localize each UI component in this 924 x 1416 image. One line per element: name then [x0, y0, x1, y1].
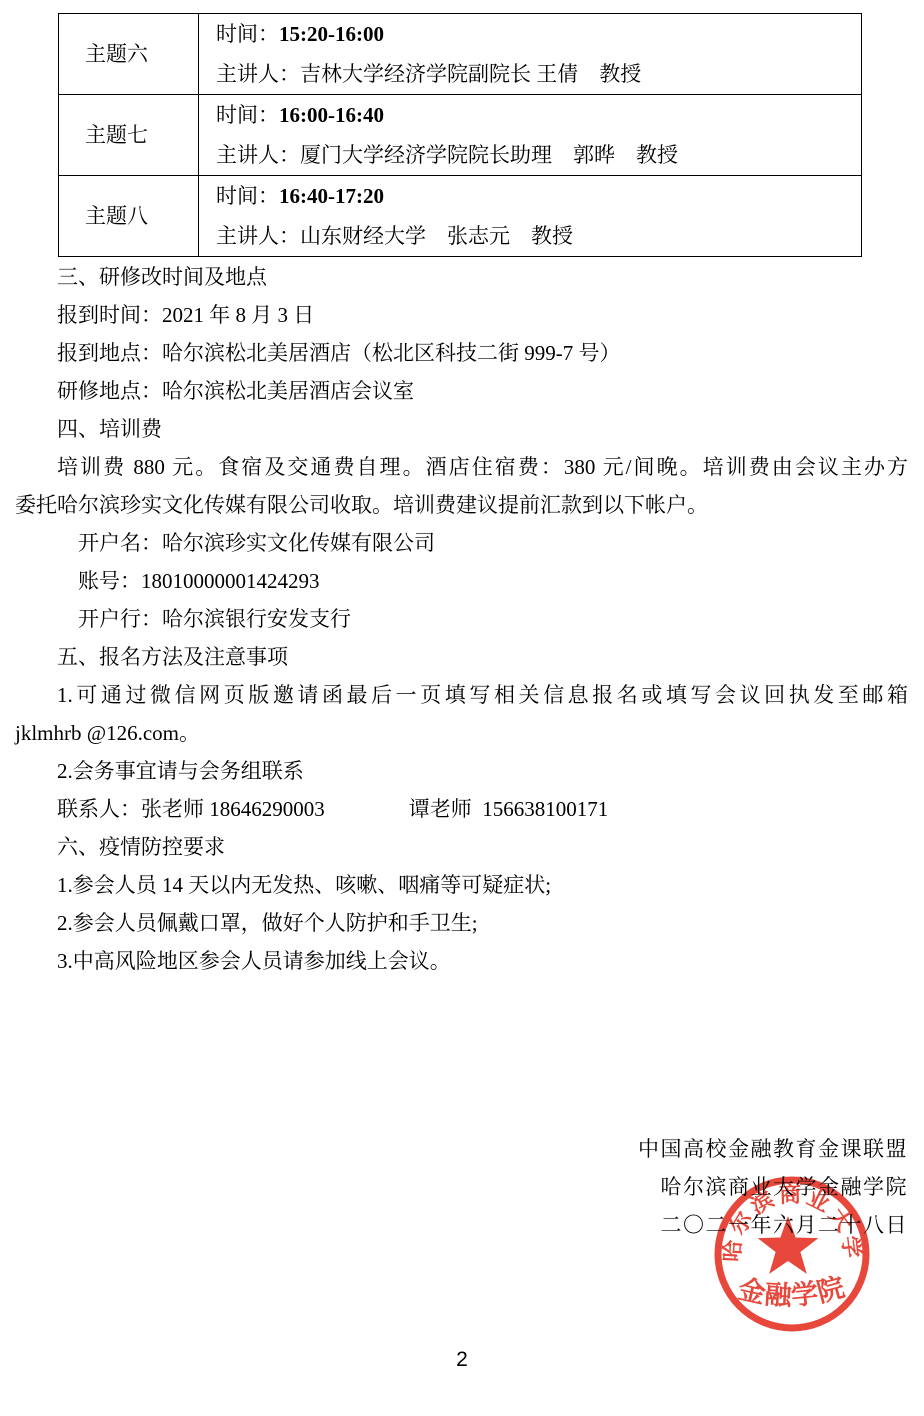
detail-cell: 时间：16:00-16:40 主讲人：厦门大学经济学院院长助理 郭晔 教授 — [199, 95, 862, 176]
covid-rule-1: 1.参会人员 14 天以内无发热、咳嗽、咽痛等可疑症状; — [15, 866, 908, 904]
signature-date: 二〇二一年六月二十八日 — [638, 1206, 908, 1244]
venue: 研修地点：哈尔滨松北美居酒店会议室 — [15, 372, 908, 410]
topic-cell: 主题七 — [59, 95, 199, 176]
table-row: 主题八 时间：16:40-17:20 主讲人：山东财经大学 张志元 教授 — [59, 176, 862, 257]
schedule-table: 主题六 时间：15:20-16:00 主讲人：吉林大学经济学院副院长 王倩 教授… — [58, 13, 862, 257]
account-name: 开户名：哈尔滨珍实文化传媒有限公司 — [15, 524, 908, 562]
topic-label: 主题七 — [85, 123, 148, 147]
session-speaker: 主讲人：山东财经大学 张志元 教授 — [216, 216, 861, 256]
fee-line2: 委托哈尔滨珍实文化传媒有限公司收取。培训费建议提前汇款到以下帐户。 — [15, 486, 908, 524]
section4-heading: 四、培训费 — [15, 410, 908, 448]
time-label: 时间： — [216, 103, 279, 127]
session-speaker: 主讲人：吉林大学经济学院副院长 王倩 教授 — [216, 54, 861, 94]
detail-cell: 时间：16:40-17:20 主讲人：山东财经大学 张志元 教授 — [199, 176, 862, 257]
document-body: 三、研修改时间及地点 报到时间：2021 年 8 月 3 日 报到地点：哈尔滨松… — [15, 258, 908, 980]
time-value: 16:40-17:20 — [279, 184, 384, 208]
detail-cell: 时间：15:20-16:00 主讲人：吉林大学经济学院副院长 王倩 教授 — [199, 14, 862, 95]
time-label: 时间： — [216, 22, 279, 46]
contact-note: 2.会务事宜请与会务组联系 — [15, 752, 908, 790]
topic-cell: 主题六 — [59, 14, 199, 95]
time-value: 16:00-16:40 — [279, 103, 384, 127]
bank-branch: 开户行：哈尔滨银行安发支行 — [15, 600, 908, 638]
table-row: 主题六 时间：15:20-16:00 主讲人：吉林大学经济学院副院长 王倩 教授 — [59, 14, 862, 95]
contact-persons: 联系人：张老师 18646290003 谭老师 156638100171 — [15, 790, 908, 828]
section5-heading: 五、报名方法及注意事项 — [15, 638, 908, 676]
seal-bottom-text: 金融学院 — [736, 1272, 849, 1311]
topic-label: 主题六 — [85, 42, 148, 66]
section3-heading: 三、研修改时间及地点 — [15, 258, 908, 296]
table-row: 主题七 时间：16:00-16:40 主讲人：厦门大学经济学院院长助理 郭晔 教… — [59, 95, 862, 176]
time-value: 15:20-16:00 — [279, 22, 384, 46]
topic-label: 主题八 — [85, 204, 148, 228]
page-number: 2 — [0, 1348, 924, 1372]
session-time: 时间：16:00-16:40 — [216, 95, 861, 135]
covid-rule-3: 3.中高风险地区参会人员请参加线上会议。 — [15, 942, 908, 980]
signature-school: 哈尔滨商业大学金融学院 — [638, 1168, 908, 1206]
register-email: jklmhrb @126.com。 — [15, 714, 908, 752]
session-time: 时间：16:40-17:20 — [216, 176, 861, 216]
covid-rule-2: 2.参会人员佩戴口罩，做好个人防护和手卫生; — [15, 904, 908, 942]
checkin-place: 报到地点：哈尔滨松北美居酒店（松北区科技二街 999-7 号） — [15, 334, 908, 372]
topic-cell: 主题八 — [59, 176, 199, 257]
fee-line1: 培训费 880 元。食宿及交通费自理。酒店住宿费：380 元/间晚。培训费由会议… — [15, 448, 908, 486]
register-line1: 1.可通过微信网页版邀请函最后一页填写相关信息报名或填写会议回执发至邮箱 — [15, 676, 908, 714]
session-time: 时间：15:20-16:00 — [216, 14, 861, 54]
checkin-time: 报到时间：2021 年 8 月 3 日 — [15, 296, 908, 334]
section6-heading: 六、疫情防控要求 — [15, 828, 908, 866]
account-number: 账号：18010000001424293 — [15, 562, 908, 600]
signature-block: 中国高校金融教育金课联盟 哈尔滨商业大学金融学院 二〇二一年六月二十八日 — [638, 1130, 908, 1244]
signature-alliance: 中国高校金融教育金课联盟 — [638, 1130, 908, 1168]
time-label: 时间： — [216, 184, 279, 208]
document-page: 主题六 时间：15:20-16:00 主讲人：吉林大学经济学院副院长 王倩 教授… — [0, 0, 924, 1416]
session-speaker: 主讲人：厦门大学经济学院院长助理 郭晔 教授 — [216, 135, 861, 175]
